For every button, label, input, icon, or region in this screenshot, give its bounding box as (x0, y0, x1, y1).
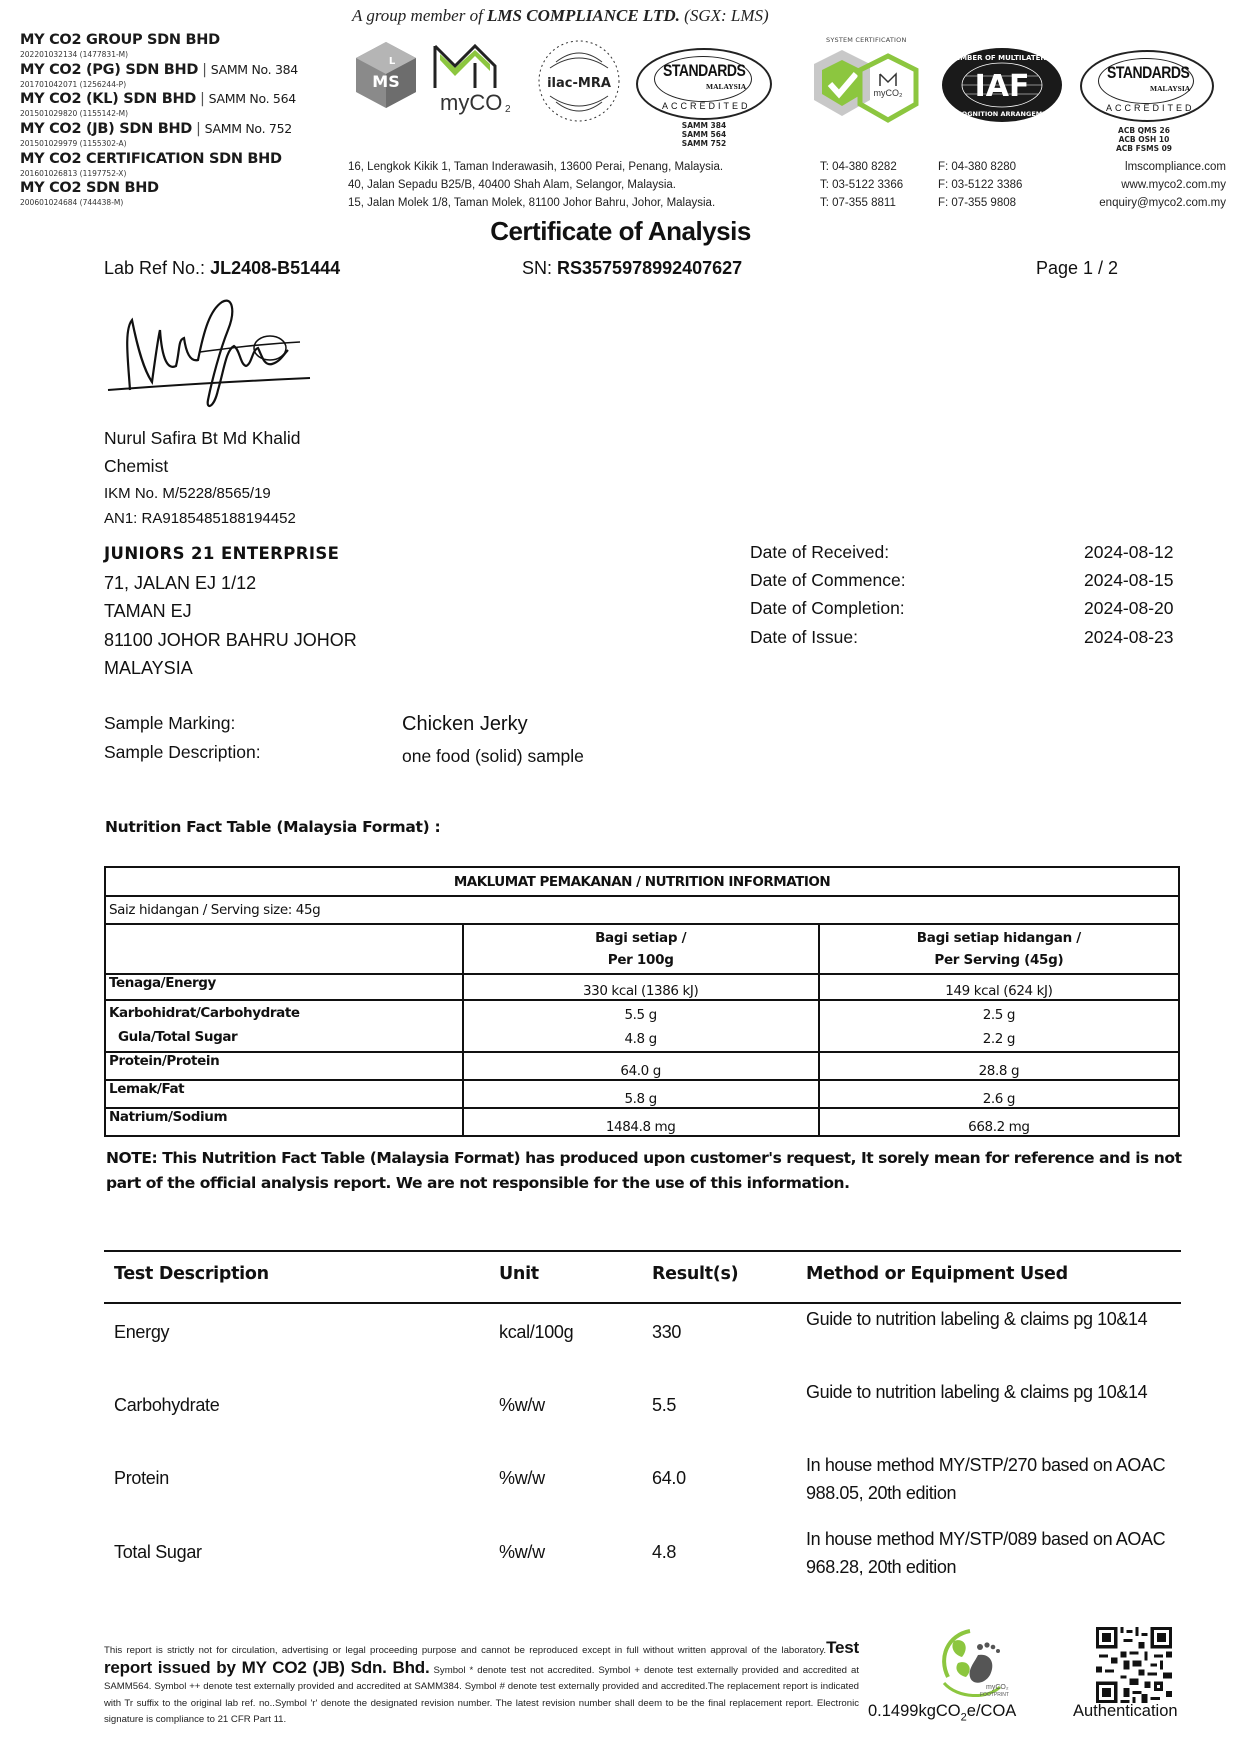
svg-text:myCO: myCO (440, 90, 502, 115)
disclaimer: This report is strictly not for circulat… (104, 1640, 859, 1729)
sample-description-value: one food (solid) sample (402, 746, 584, 767)
company-reg: 201501029979 (1155302-A) (20, 139, 127, 148)
svg-text:myCO₂: myCO₂ (986, 1684, 1009, 1691)
page-indicator: Page 1 / 2 (1036, 258, 1118, 279)
header-results: Result(s) (652, 1264, 738, 1284)
chemist-role: Chemist (104, 456, 168, 477)
lms-logo-icon: MS L (352, 40, 420, 115)
company-name: MY CO2 SDN BHD (20, 180, 159, 196)
header-unit: Unit (499, 1264, 539, 1284)
svg-text:MEMBER OF MULTILATERAL: MEMBER OF MULTILATERAL (948, 54, 1056, 62)
sample-description-label: Sample Description: (104, 742, 261, 763)
standards-malaysia-logo-icon: STANDARDS MALAYSIA ACCREDITED (636, 48, 772, 120)
table-row: Tenaga/Energy 330 kcal (1386 kJ) 149 kca… (105, 974, 1179, 1000)
web-contact-list: lmscompliance.com www.myco2.com.my enqui… (1030, 158, 1226, 212)
standards-samm-list: SAMM 384 SAMM 564 SAMM 752 (672, 121, 736, 148)
authentication-label: Authentication (1073, 1702, 1178, 1721)
date-label: Date of Completion: (750, 598, 905, 619)
company-name: MY CO2 (KL) SDN BHD|SAMM No. 564 (20, 91, 296, 107)
website-link[interactable]: lmscompliance.com (1030, 158, 1226, 176)
company-name: MY CO2 CERTIFICATION SDN BHD (20, 151, 282, 167)
svg-text:L: L (389, 56, 396, 67)
date-commence: 2024-08-15 (1084, 570, 1174, 591)
standards-acb-list: ACB QMS 26 ACB OSH 10 ACB FSMS 09 (1112, 126, 1176, 153)
nutrition-note: NOTE: This Nutrition Fact Table (Malaysi… (106, 1146, 1190, 1196)
svg-text:MS: MS (372, 72, 399, 91)
customer-address-line: 71, JALAN EJ 1/12 (104, 573, 256, 594)
table-row: Karbohidrat/CarbohydrateGula/Total Sugar… (105, 1000, 1179, 1052)
serving-size: Saiz hidangan / Serving size: 45g (105, 896, 1179, 924)
co2-footprint-value: 0.1499kgCO2e/COA (868, 1702, 1016, 1723)
customer-name: JUNIORS 21 ENTERPRISE (104, 544, 339, 563)
sample-marking-label: Sample Marking: (104, 713, 235, 734)
svg-text:RECOGNITION ARRANGEMENT: RECOGNITION ARRANGEMENT (947, 110, 1057, 118)
company-reg: 201501029820 (1155142-M) (20, 109, 128, 118)
company-reg: 201701042071 (1256244-P) (20, 80, 126, 89)
company-reg: 202201032134 (1477831-M) (20, 50, 128, 59)
date-received: 2024-08-12 (1084, 542, 1174, 563)
company-name: MY CO2 (PG) SDN BHD|SAMM No. 384 (20, 62, 298, 78)
standards-malaysia-logo-2-icon: STANDARDS MALAYSIA ACCREDITED (1080, 50, 1216, 122)
header-method: Method or Equipment Used (806, 1264, 1068, 1284)
divider (104, 1250, 1181, 1252)
chemist-name: Nurul Safira Bt Md Khalid (104, 428, 300, 449)
table-row: Natrium/Sodium 1484.8 mg 668.2 mg (105, 1108, 1179, 1136)
nutrition-table-title: MAKLUMAT PEMAKANAN / NUTRITION INFORMATI… (105, 867, 1179, 896)
svg-text:ilac-MRA: ilac-MRA (547, 76, 611, 91)
divider (104, 1302, 1181, 1304)
company-reg: 200601024684 (744438-M) (20, 198, 123, 207)
address-list: 16, Lengkok Kikik 1, Taman Inderawasih, … (348, 158, 723, 212)
company-name: MY CO2 (JB) SDN BHD|SAMM No. 752 (20, 121, 292, 137)
phone-list: T: 04-380 8282 T: 03-5122 3366 T: 07-355… (820, 158, 903, 212)
date-label: Date of Issue: (750, 627, 858, 648)
ilac-mra-logo-icon: ilac-MRA (536, 38, 622, 129)
page-title: Certificate of Analysis (0, 216, 1241, 247)
date-issue: 2024-08-23 (1084, 627, 1174, 648)
header-test-description: Test Description (114, 1264, 269, 1284)
col-per-serving: Bagi setiap hidangan /Per Serving (45g) (819, 924, 1179, 974)
empty-header-cell (105, 924, 463, 974)
website-link[interactable]: www.myco2.com.my (1030, 176, 1226, 194)
svg-text:myCO₂: myCO₂ (874, 88, 903, 98)
signature-image (100, 290, 320, 425)
customer-address-line: MALAYSIA (104, 658, 193, 679)
company-name: MY CO2 GROUP SDN BHD (20, 32, 220, 48)
col-per-100g: Bagi setiap /Per 100g (463, 924, 819, 974)
chemist-an1: AN1: RA9185485188194452 (104, 510, 296, 527)
fax-list: F: 04-380 8280 F: 03-5122 3386 F: 07-355… (938, 158, 1022, 212)
customer-address-line: 81100 JOHOR BAHRU JOHOR (104, 630, 357, 651)
myco2-logo-icon: myCO 2 (430, 38, 520, 123)
svg-text:FOOTPRINT: FOOTPRINT (980, 1692, 1009, 1698)
table-row: Protein/Protein 64.0 g 28.8 g (105, 1052, 1179, 1080)
customer-address-line: TAMAN EJ (104, 601, 192, 622)
nutrition-heading: Nutrition Fact Table (Malaysia Format) : (105, 818, 440, 836)
email-link[interactable]: enquiry@myco2.com.my (1030, 194, 1226, 212)
table-row: Lemak/Fat 5.8 g 2.6 g (105, 1080, 1179, 1108)
serial-number: SN: RS3575978992407627 (522, 258, 742, 279)
svg-text:IAF: IAF (975, 69, 1030, 104)
qr-code-icon[interactable] (1096, 1627, 1172, 1703)
system-certification-label: SYSTEM CERTIFICATION (826, 36, 907, 44)
svg-text:2: 2 (505, 104, 511, 115)
date-completion: 2024-08-20 (1084, 598, 1174, 619)
chemist-ikm: IKM No. M/5228/8565/19 (104, 485, 271, 502)
sample-marking-value: Chicken Jerky (402, 713, 528, 736)
date-label: Date of Received: (750, 542, 889, 563)
date-label: Date of Commence: (750, 570, 906, 591)
group-member-line: A group member of LMS COMPLIANCE LTD. (S… (352, 6, 769, 26)
lab-ref: Lab Ref No.: JL2408-B51444 (104, 258, 340, 279)
system-certification-logo-icon: myCO₂ (808, 46, 926, 133)
co2-footprint-logo-icon: myCO₂ FOOTPRINT (934, 1627, 1014, 1704)
nutrition-table: MAKLUMAT PEMAKANAN / NUTRITION INFORMATI… (104, 866, 1180, 1137)
iaf-logo-icon: IAF MEMBER OF MULTILATERAL RECOGNITION A… (940, 46, 1064, 129)
company-reg: 201601026813 (1197752-X) (20, 169, 126, 178)
